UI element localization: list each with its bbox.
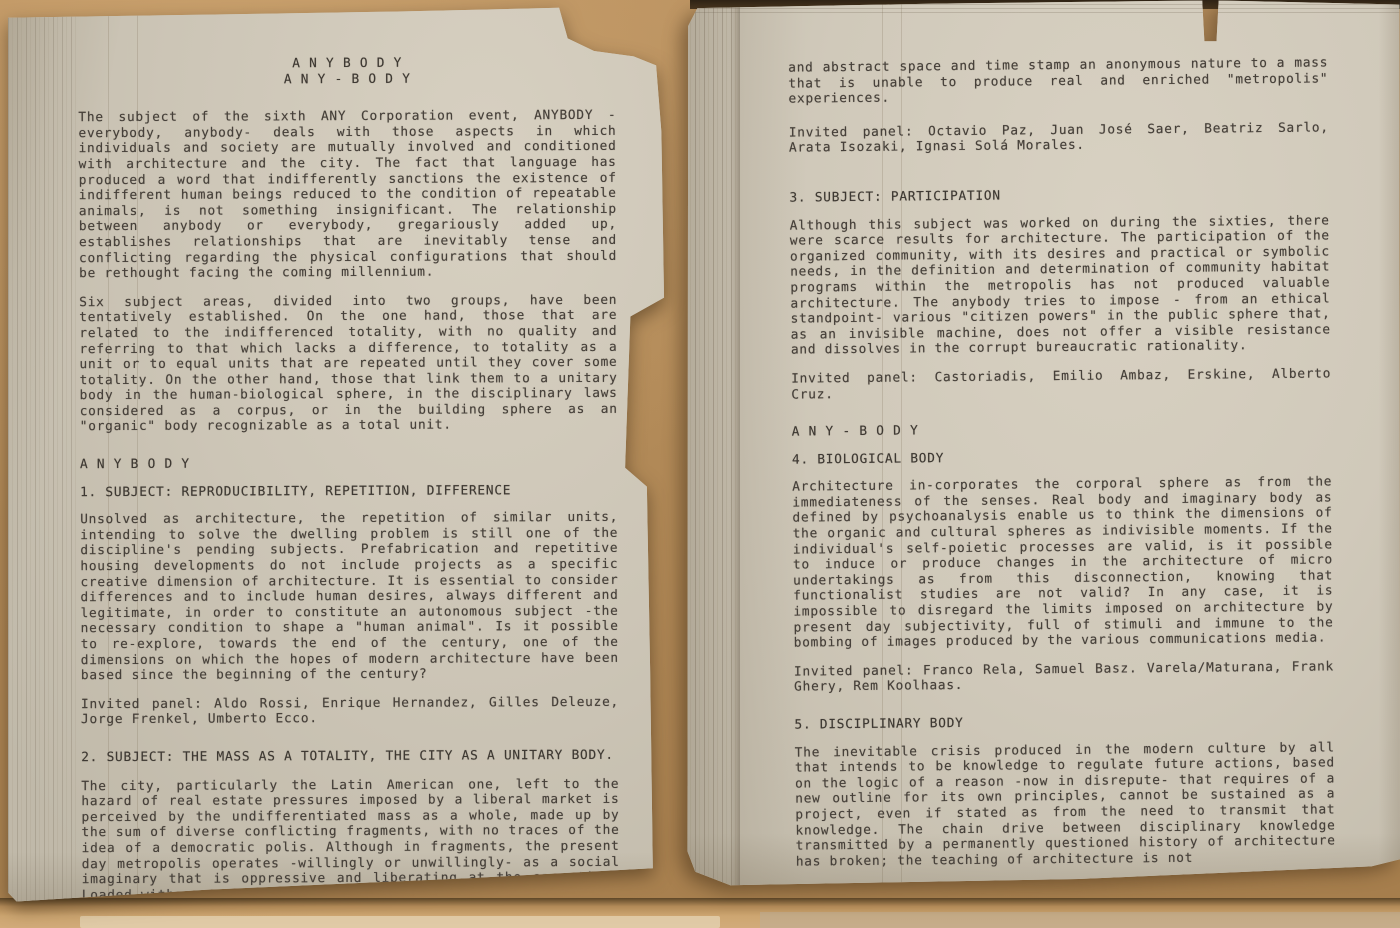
- left-page: A N Y B O D Y A N Y - B O D Y The subjec…: [8, 6, 668, 906]
- right-page-content: and abstract space and time stamp an ano…: [788, 55, 1336, 869]
- background-highlight-bottom-left: [80, 916, 720, 928]
- left-page-content: A N Y B O D Y A N Y - B O D Y The subjec…: [78, 55, 620, 904]
- subject2-body: The city, particularly the Latin America…: [81, 776, 620, 903]
- subject2-heading: 2. SUBJECT: THE MASS AS A TOTALITY, THE …: [81, 748, 619, 766]
- subject5-heading: 5. DISCIPLINARY BODY: [794, 712, 1334, 733]
- any-body-group-heading: A N Y - B O D Y: [792, 420, 1332, 441]
- subject1-heading: 1. SUBJECT: REPRODUCIBILITY, REPETITION,…: [80, 482, 618, 500]
- background-highlight-bottom-right: [760, 912, 1400, 928]
- subject3-heading: 3. SUBJECT: PARTICIPATION: [789, 185, 1329, 206]
- subject1-body: Unsolved as architecture, the repetition…: [80, 510, 619, 684]
- subject5-body: The inevitable crisis produced in the mo…: [795, 740, 1336, 870]
- page-title-line2: A N Y - B O D Y: [78, 70, 616, 88]
- right-page: and abstract space and time stamp an ano…: [686, 0, 1400, 896]
- subject2-panel: Invited panel: Octavio Paz, Juan José Sa…: [789, 120, 1329, 156]
- intro-paragraph-1: The subject of the sixth ANY Corporation…: [78, 108, 617, 282]
- continuation-paragraph: and abstract space and time stamp an ano…: [788, 55, 1328, 107]
- anybody-group-heading: A N Y B O D Y: [80, 455, 618, 473]
- right-page-stack-top-edge: [686, 0, 1400, 13]
- intro-paragraph-2: Six subject areas, divided into two grou…: [79, 293, 618, 436]
- subject4-body: Architecture in-corporates the corporal …: [792, 475, 1334, 652]
- right-page-wrapper: and abstract space and time stamp an ano…: [686, 0, 1400, 896]
- subject4-panel: Invited panel: Franco Rela, Samuel Basz.…: [794, 659, 1334, 695]
- subject1-panel: Invited panel: Aldo Rossi, Enrique Herna…: [81, 695, 619, 729]
- subject4-heading: 4. BIOLOGICAL BODY: [792, 447, 1332, 468]
- left-page-stack-edge: [8, 6, 76, 906]
- right-page-stack-edge: [686, 0, 740, 896]
- left-page-wrapper: A N Y B O D Y A N Y - B O D Y The subjec…: [8, 6, 668, 906]
- subject3-body: Although this subject was worked on duri…: [790, 213, 1331, 359]
- subject3-panel: Invited panel: Castoriadis, Emilio Ambaz…: [791, 366, 1331, 402]
